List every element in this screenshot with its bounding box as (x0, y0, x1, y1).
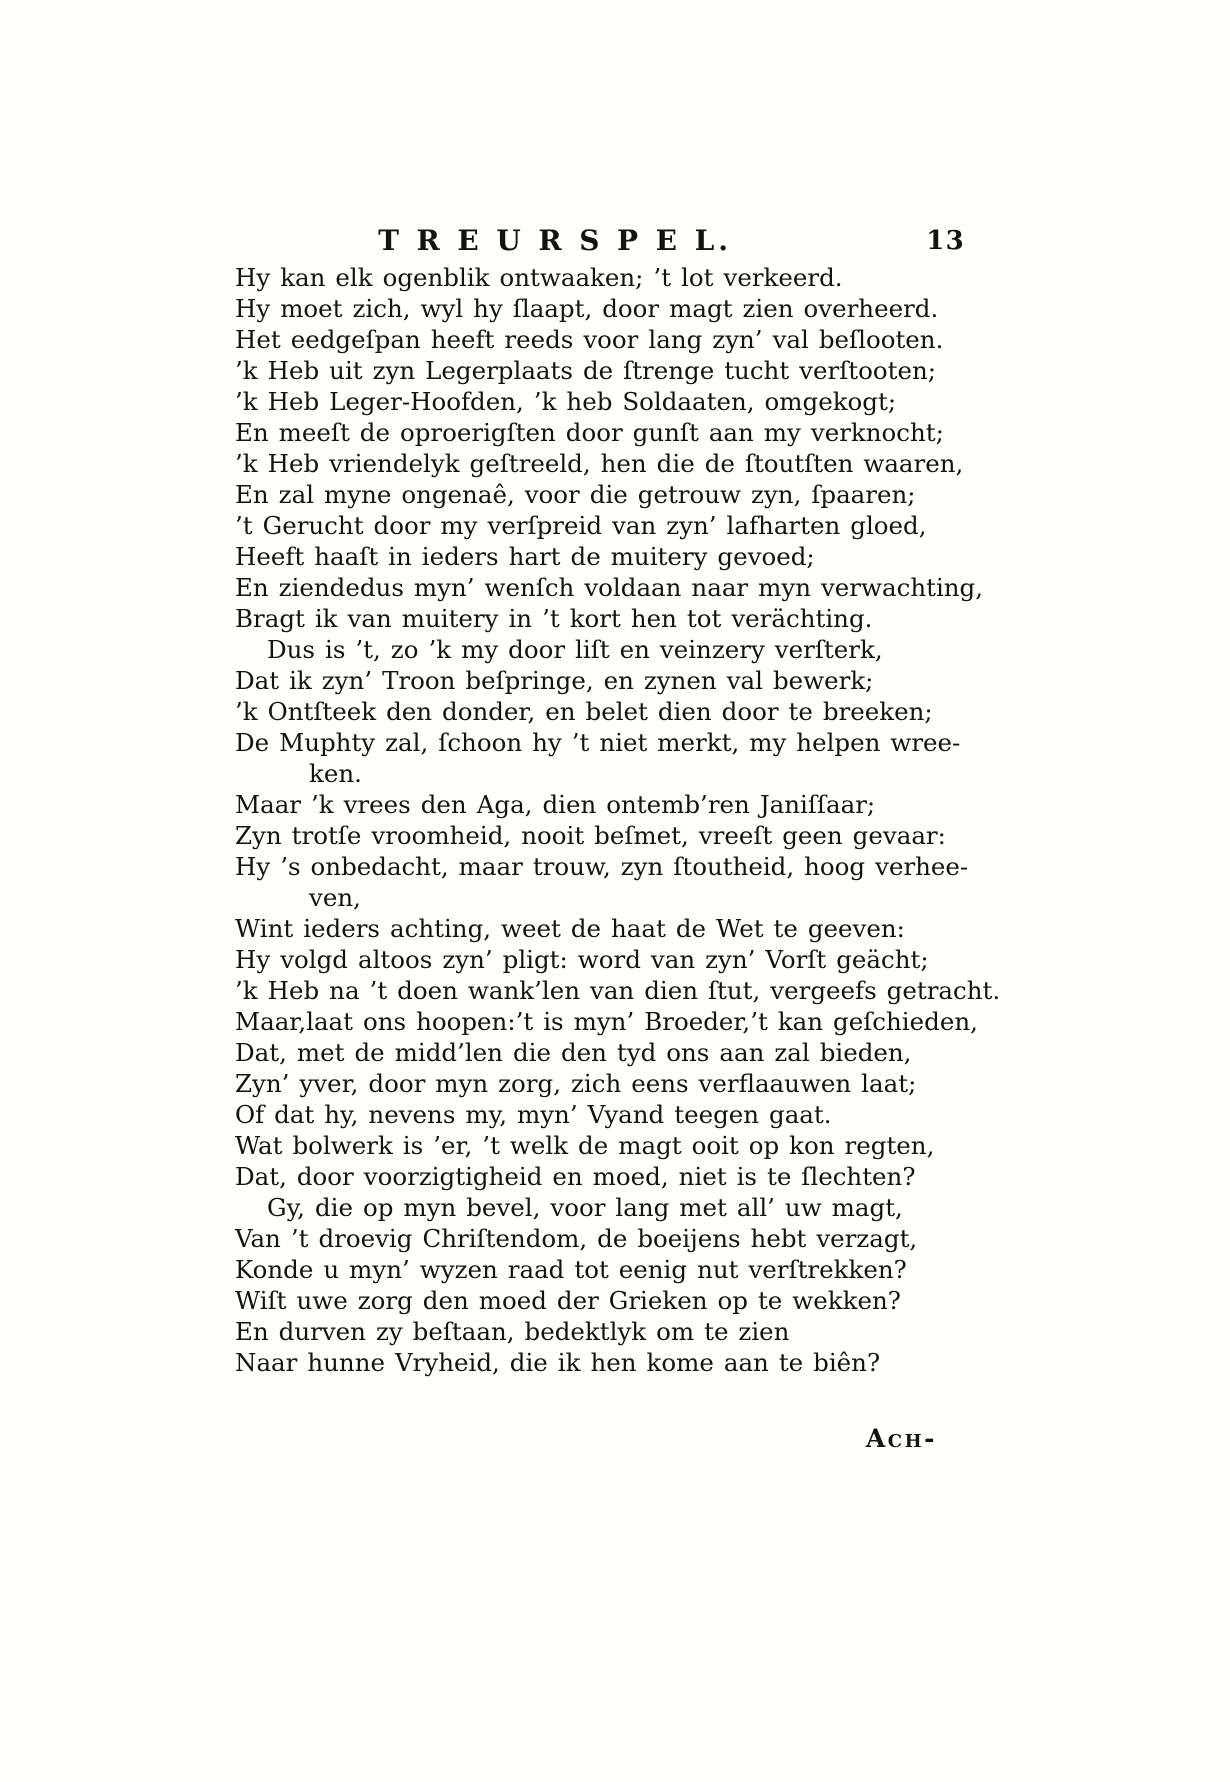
poem-line: ven, (235, 882, 995, 913)
poem-line: Dat ik zyn’ Troon beſpringe, en zynen va… (235, 665, 995, 696)
poem-line: Gy, die op myn bevel, voor lang met all’… (235, 1192, 995, 1223)
poem-line: Zyn’ yver, door myn zorg, zich eens verf… (235, 1068, 995, 1099)
poem-line: Zyn trotſe vroomheid, nooit beſmet, vree… (235, 820, 995, 851)
poem-line: Dus is ’t, zo ’k my door liſt en veinzer… (235, 634, 995, 665)
poem-line: Maar,laat ons hoopen:’t is myn’ Broeder,… (235, 1006, 995, 1037)
poem-line: Naar hunne Vryheid, die ik hen kome aan … (235, 1347, 995, 1378)
poem-line: ’k Heb Leger-Hoofden, ’k heb Soldaaten, … (235, 386, 995, 417)
poem-line: Wiſt uwe zorg den moed der Grieken op te… (235, 1285, 995, 1316)
catchword: Ach- (866, 1424, 937, 1453)
book-page: T R E U R S P E L. 13 Hy kan elk ogenbli… (0, 0, 1230, 1782)
poem-line: Bragt ik van muitery in ’t kort hen tot … (235, 603, 995, 634)
page-title: T R E U R S P E L. (235, 224, 875, 257)
poem-line: Dat, door voorzigtigheid en moed, niet i… (235, 1161, 995, 1192)
poem-line: De Muphty zal, ſchoon hy ’t niet merkt, … (235, 727, 995, 758)
poem-line: En ziendedus myn’ wenſch voldaan naar my… (235, 572, 995, 603)
poem-line: En zal myne ongenaê, voor die getrouw zy… (235, 479, 995, 510)
poem-line: Het eedgeſpan heeft reeds voor lang zyn’… (235, 324, 995, 355)
poem-line: ken. (235, 758, 995, 789)
page-number: 13 (926, 226, 965, 256)
poem-line: En durven zy beſtaan, bedektlyk om te zi… (235, 1316, 995, 1347)
poem-line: Heeft haaſt in ieders hart de muitery ge… (235, 541, 995, 572)
text-area: T R E U R S P E L. 13 Hy kan elk ogenbli… (235, 224, 995, 1453)
catchword-row: Ach- (235, 1424, 995, 1453)
poem-line: Wint ieders achting, weet de haat de Wet… (235, 913, 995, 944)
poem-line: ’k Heb na ’t doen wank’len van dien ſtut… (235, 975, 995, 1006)
poem-line: Wat bolwerk is ’er, ’t welk de magt ooit… (235, 1130, 995, 1161)
poem-line: Of dat hy, nevens my, myn’ Vyand teegen … (235, 1099, 995, 1130)
poem-line: ’t Gerucht door my verſpreid van zyn’ la… (235, 510, 995, 541)
poem-line: Hy ’s onbedacht, maar trouw, zyn ſtouthe… (235, 851, 995, 882)
poem-line: Dat, met de midd’len die den tyd ons aan… (235, 1037, 995, 1068)
running-header: T R E U R S P E L. 13 (235, 224, 995, 260)
poem-line: Hy kan elk ogenblik ontwaaken; ’t lot ve… (235, 262, 995, 293)
poem-line: Hy volgd altoos zyn’ pligt: word van zyn… (235, 944, 995, 975)
poem-line: Van ’t droevig Chriſtendom, de boeijens … (235, 1223, 995, 1254)
poem-line: En meeſt de oproerigſten door gunſt aan … (235, 417, 995, 448)
poem-line: ’k Heb uit zyn Legerplaats de ſtrenge tu… (235, 355, 995, 386)
poem-line: Hy moet zich, wyl hy ſlaapt, door magt z… (235, 293, 995, 324)
poem-line: ’k Ontſteek den donder, en belet dien do… (235, 696, 995, 727)
poem-line: Maar ’k vrees den Aga, dien ontemb’ren J… (235, 789, 995, 820)
poem-line: Konde u myn’ wyzen raad tot eenig nut ve… (235, 1254, 995, 1285)
poem-body: Hy kan elk ogenblik ontwaaken; ’t lot ve… (235, 262, 995, 1378)
poem-line: ’k Heb vriendelyk geſtreeld, hen die de … (235, 448, 995, 479)
